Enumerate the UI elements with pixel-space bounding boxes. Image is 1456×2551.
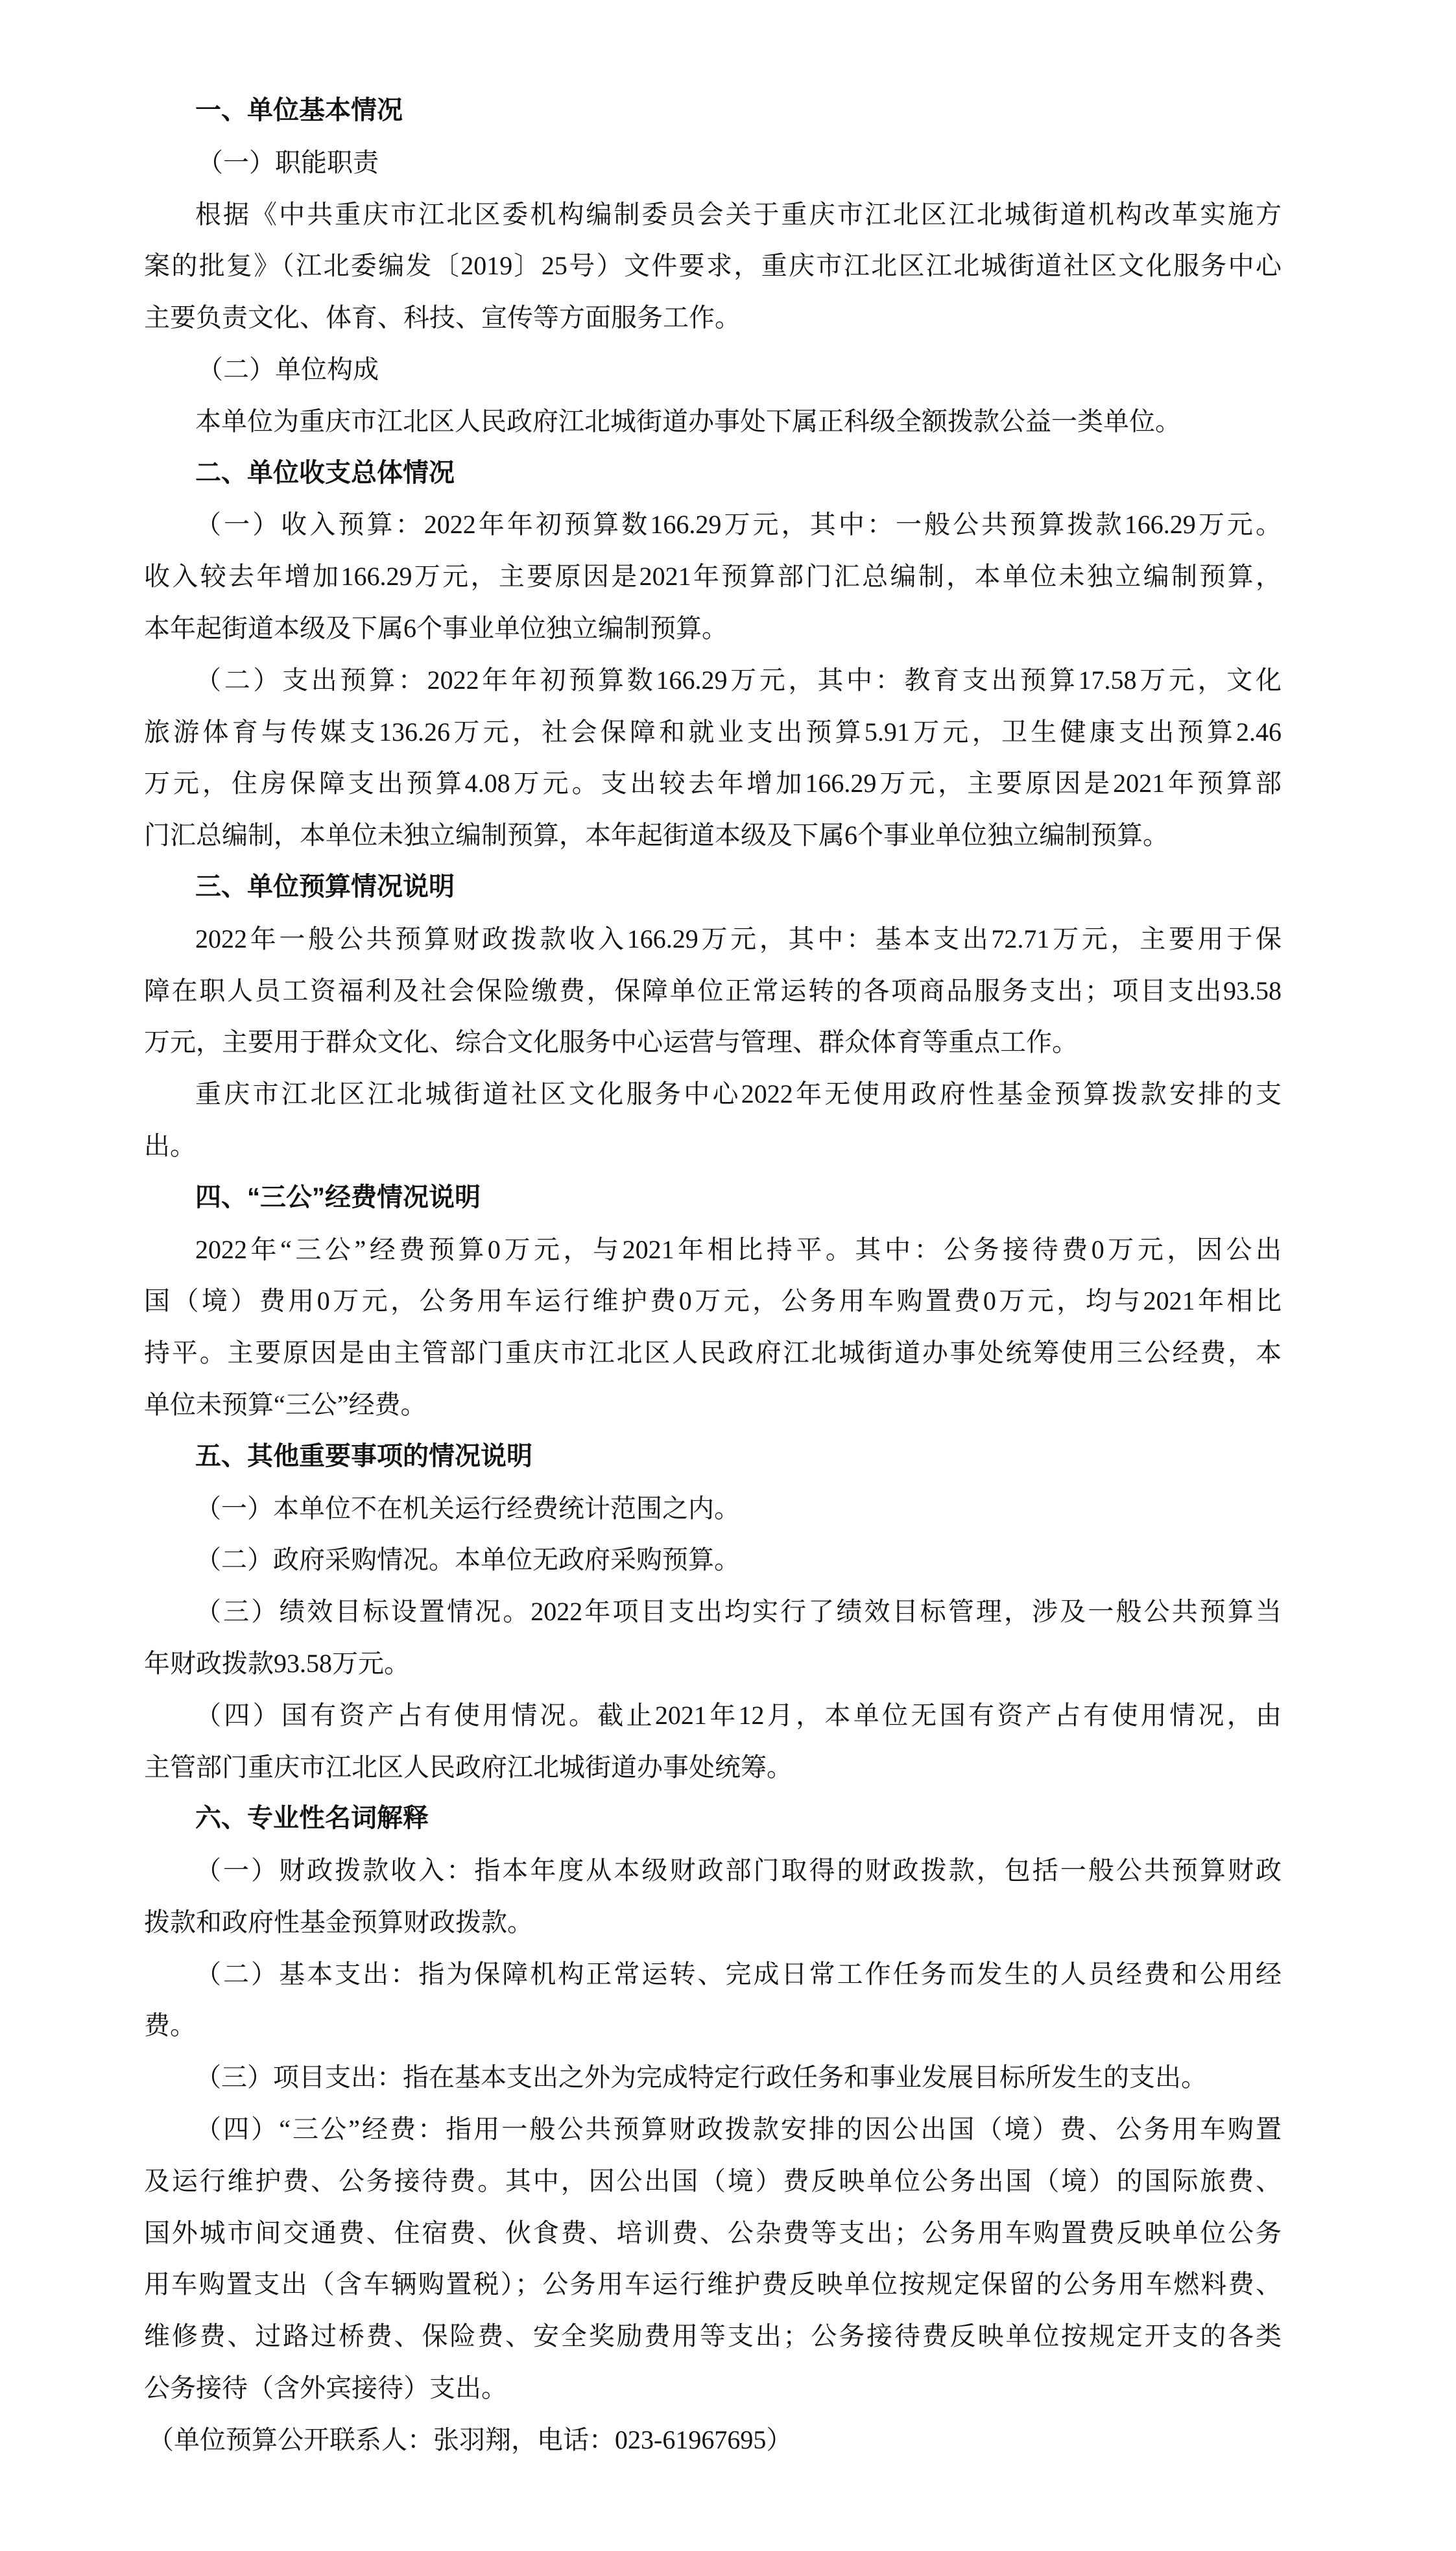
paragraph-line: （三）项目支出：指在基本支出之外为完成特定行政任务和事业发展目标所发生的支出。 xyxy=(144,2052,1282,2103)
paragraph-line: （一）收入预算：2022年年初预算数166.29万元，其中：一般公共预算拨款16… xyxy=(144,499,1282,551)
section-heading-2: 二、单位收支总体情况 xyxy=(144,448,1282,499)
paragraph-line: 费。 xyxy=(144,2000,1282,2052)
paragraph-line: 门汇总编制，本单位未独立编制预算，本年起街道本级及下属6个事业单位独立编制预算。 xyxy=(144,809,1282,861)
paragraph-line: 本单位为重庆市江北区人民政府江北城街道办事处下属正科级全额拨款公益一类单位。 xyxy=(144,396,1282,448)
paragraph-line: 案的批复》（江北委编发〔2019〕25号）文件要求，重庆市江北区江北城街道社区文… xyxy=(144,240,1282,292)
paragraph-line: 根据《中共重庆市江北区委机构编制委员会关于重庆市江北区江北城街道机构改革实施方 xyxy=(144,189,1282,241)
paragraph-line: （一）本单位不在机关运行经费统计范围之内。 xyxy=(144,1483,1282,1535)
section-heading-4: 四、“三公”经费情况说明 xyxy=(144,1172,1282,1224)
contact-info: （单位预算公开联系人：张羽翔，电话：023-61967695） xyxy=(144,2414,1282,2466)
subheading-composition: （二）单位构成 xyxy=(144,344,1282,396)
paragraph-line: 国外城市间交通费、住宿费、伙食费、培训费、公杂费等支出；公务用车购置费反映单位公… xyxy=(144,2207,1282,2259)
paragraph-line: 及运行维护费、公务接待费。其中，因公出国（境）费反映单位公务出国（境）的国际旅费… xyxy=(144,2155,1282,2207)
paragraph-line: 万元，住房保障支出预算4.08万元。支出较去年增加166.29万元，主要原因是2… xyxy=(144,758,1282,809)
section-heading-3: 三、单位预算情况说明 xyxy=(144,861,1282,913)
paragraph-line: 万元，主要用于群众文化、综合文化服务中心运营与管理、群众体育等重点工作。 xyxy=(144,1016,1282,1068)
paragraph-line: 出。 xyxy=(144,1120,1282,1172)
paragraph-line: 公务接待（含外宾接待）支出。 xyxy=(144,2362,1282,2414)
paragraph-line: 本年起街道本级及下属6个事业单位独立编制预算。 xyxy=(144,603,1282,654)
paragraph-line: （二）政府采购情况。本单位无政府采购预算。 xyxy=(144,1534,1282,1586)
paragraph-line: 拨款和政府性基金预算财政拨款。 xyxy=(144,1897,1282,1948)
paragraph-line: （三）绩效目标设置情况。2022年项目支出均实行了绩效目标管理，涉及一般公共预算… xyxy=(144,1586,1282,1638)
paragraph-line: 用车购置支出（含车辆购置税）；公务用车运行维护费反映单位按规定保留的公务用车燃料… xyxy=(144,2258,1282,2310)
subheading-duties: （一）职能职责 xyxy=(144,137,1282,189)
paragraph-line: 重庆市江北区江北城街道社区文化服务中心2022年无使用政府性基金预算拨款安排的支 xyxy=(144,1068,1282,1120)
paragraph-line: 年财政拨款93.58万元。 xyxy=(144,1638,1282,1690)
paragraph-line: 维修费、过路过桥费、保险费、安全奖励费用等支出；公务接待费反映单位按规定开支的各… xyxy=(144,2310,1282,2362)
section-heading-6: 六、专业性名词解释 xyxy=(144,1793,1282,1845)
paragraph-line: 2022年一般公共预算财政拨款收入166.29万元，其中：基本支出72.71万元… xyxy=(144,913,1282,965)
paragraph-line: 持平。主要原因是由主管部门重庆市江北区人民政府江北城街道办事处统筹使用三公经费，… xyxy=(144,1327,1282,1379)
document-page: 一、单位基本情况 （一）职能职责 根据《中共重庆市江北区委机构编制委员会关于重庆… xyxy=(144,85,1282,2466)
paragraph-line: 单位未预算“三公”经费。 xyxy=(144,1379,1282,1431)
paragraph-line: 2022年“三公”经费预算0万元，与2021年相比持平。其中：公务接待费0万元，… xyxy=(144,1224,1282,1276)
paragraph-line: （二）支出预算：2022年年初预算数166.29万元，其中：教育支出预算17.5… xyxy=(144,654,1282,706)
section-heading-5: 五、其他重要事项的情况说明 xyxy=(144,1431,1282,1483)
paragraph-line: （一）财政拨款收入：指本年度从本级财政部门取得的财政拨款，包括一般公共预算财政 xyxy=(144,1845,1282,1897)
paragraph-line: 收入较去年增加166.29万元，主要原因是2021年预算部门汇总编制，本单位未独… xyxy=(144,551,1282,603)
paragraph-line: 障在职人员工资福利及社会保险缴费，保障单位正常运转的各项商品服务支出；项目支出9… xyxy=(144,965,1282,1017)
paragraph-line: （四）“三公”经费：指用一般公共预算财政拨款安排的因公出国（境）费、公务用车购置 xyxy=(144,2103,1282,2155)
paragraph-line: 主要负责文化、体育、科技、宣传等方面服务工作。 xyxy=(144,292,1282,344)
paragraph-line: 旅游体育与传媒支136.26万元，社会保障和就业支出预算5.91万元，卫生健康支… xyxy=(144,706,1282,758)
paragraph-line: 主管部门重庆市江北区人民政府江北城街道办事处统筹。 xyxy=(144,1742,1282,1793)
paragraph-line: （四）国有资产占有使用情况。截止2021年12月，本单位无国有资产占有使用情况，… xyxy=(144,1690,1282,1742)
paragraph-line: 国（境）费用0万元，公务用车运行维护费0万元，公务用车购置费0万元，均与2021… xyxy=(144,1275,1282,1327)
paragraph-line: （二）基本支出：指为保障机构正常运转、完成日常工作任务而发生的人员经费和公用经 xyxy=(144,1948,1282,2000)
section-heading-1: 一、单位基本情况 xyxy=(144,85,1282,137)
